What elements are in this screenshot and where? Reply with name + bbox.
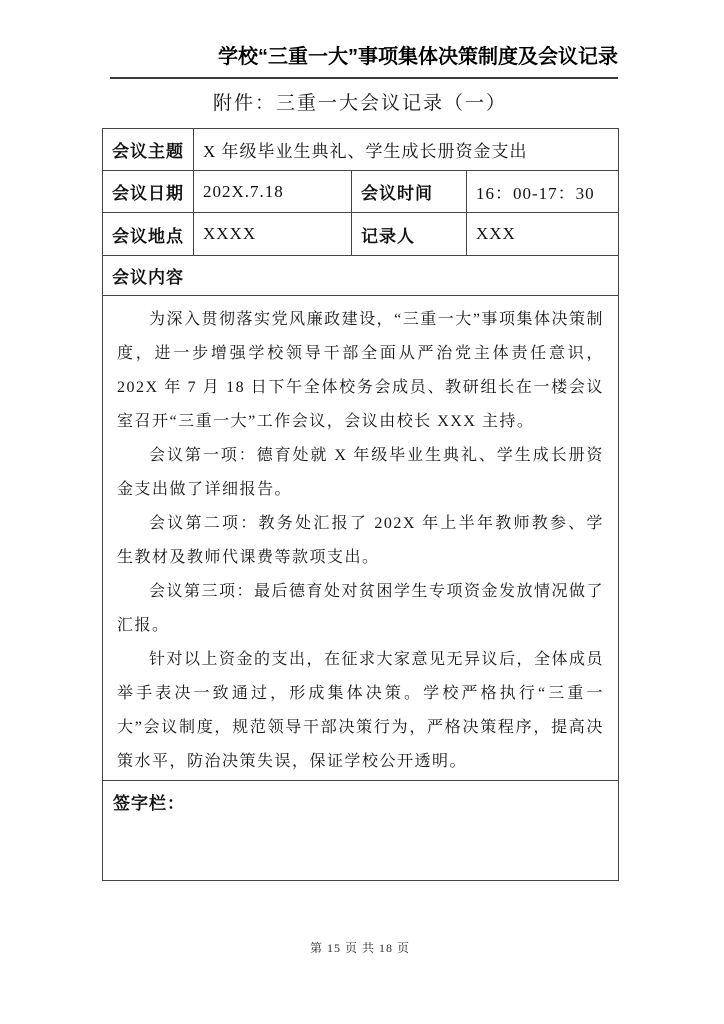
place-value: XXXX: [194, 213, 352, 256]
meeting-content-body: 为深入贯彻落实党风廉政建设，“三重一大”事项集体决策制度，进一步增强学校领导干部…: [117, 303, 604, 779]
page-title: 学校“三重一大”事项集体决策制度及会议记录: [102, 42, 618, 72]
table-row-topic: 会议主题 X 年级毕业生典礼、学生成长册资金支出: [103, 129, 619, 171]
page-number: 第 15 页 共 18 页: [102, 939, 618, 956]
title-divider: [110, 77, 618, 79]
table-row-signature: 签字栏：: [103, 781, 619, 881]
content-paragraph: 会议第二项：教务处汇报了 202X 年上半年教师教参、学生教材及教师代课费等款项…: [117, 507, 604, 575]
table-row-place-recorder: 会议地点 XXXX 记录人 XXX: [103, 213, 619, 256]
table-row-content-label: 会议内容: [103, 256, 619, 296]
recorder-value: XXX: [467, 213, 619, 256]
topic-value: X 年级毕业生典礼、学生成长册资金支出: [194, 129, 619, 171]
time-value: 16：00-17：30: [467, 171, 619, 213]
table-row-date-time: 会议日期 202X.7.18 会议时间 16：00-17：30: [103, 171, 619, 213]
recorder-label: 记录人: [352, 213, 467, 256]
date-label: 会议日期: [103, 171, 194, 213]
content-paragraph: 针对以上资金的支出，在征求大家意见无异议后，全体成员举手表决一致通过，形成集体决…: [117, 643, 604, 779]
content-label: 会议内容: [103, 256, 619, 296]
date-value: 202X.7.18: [194, 171, 352, 213]
place-label: 会议地点: [103, 213, 194, 256]
page-subtitle: 附件：三重一大会议记录（一）: [102, 88, 618, 115]
document-header: 学校“三重一大”事项集体决策制度及会议记录: [102, 42, 618, 79]
content-paragraph: 为深入贯彻落实党风廉政建设，“三重一大”事项集体决策制度，进一步增强学校领导干部…: [117, 303, 604, 439]
content-cell: 为深入贯彻落实党风廉政建设，“三重一大”事项集体决策制度，进一步增强学校领导干部…: [103, 296, 619, 781]
signature-cell: 签字栏：: [103, 781, 619, 881]
content-paragraph: 会议第三项：最后德育处对贫困学生专项资金发放情况做了汇报。: [117, 575, 604, 643]
table-row-content: 为深入贯彻落实党风廉政建设，“三重一大”事项集体决策制度，进一步增强学校领导干部…: [103, 296, 619, 781]
document-page: 学校“三重一大”事项集体决策制度及会议记录 附件：三重一大会议记录（一） 会议主…: [0, 0, 724, 1024]
topic-label: 会议主题: [103, 129, 194, 171]
meeting-record-table: 会议主题 X 年级毕业生典礼、学生成长册资金支出 会议日期 202X.7.18 …: [102, 128, 619, 881]
time-label: 会议时间: [352, 171, 467, 213]
content-paragraph: 会议第一项：德育处就 X 年级毕业生典礼、学生成长册资金支出做了详细报告。: [117, 439, 604, 507]
